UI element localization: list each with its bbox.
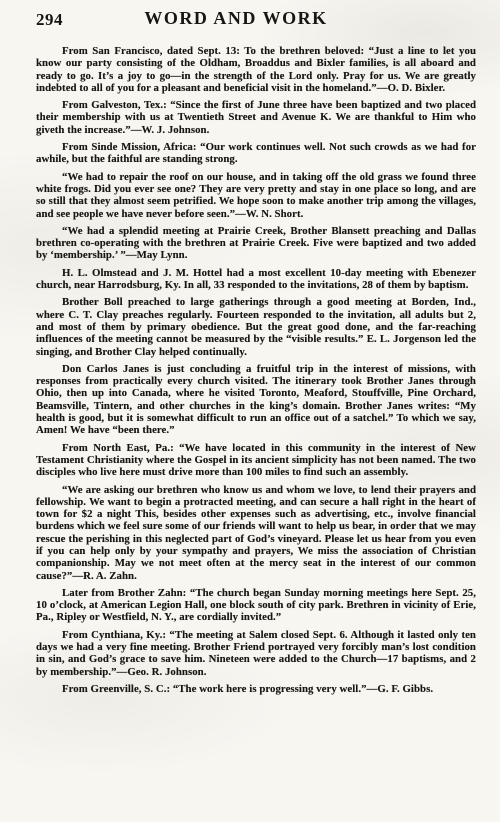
- paragraph-olmstead-hottel: H. L. Olmstead and J. M. Hottel had a mo…: [36, 267, 476, 292]
- paragraph-sinde-mission: From Sinde Mission, Africa: “Our work co…: [36, 141, 476, 166]
- paragraph-galveston: From Galveston, Tex.: “Since the first o…: [36, 99, 476, 136]
- page-title: WORD AND WORK: [36, 8, 436, 29]
- scanned-page: 294 WORD AND WORK From San Francisco, da…: [0, 0, 500, 822]
- paragraph-greenville: From Greenville, S. C.: “The work here i…: [36, 683, 476, 695]
- paragraph-white-frogs: “We had to repair the roof on our house,…: [36, 171, 476, 220]
- paragraph-brother-boll: Brother Boll preached to large gathering…: [36, 296, 476, 357]
- paragraph-brother-zahn: Later from Brother Zahn: “The church beg…: [36, 587, 476, 624]
- paragraph-san-francisco: From San Francisco, dated Sept. 13: To t…: [36, 45, 476, 94]
- paragraph-don-carlos-janes: Don Carlos Janes is just concluding a fr…: [36, 363, 476, 437]
- page-header: 294 WORD AND WORK: [36, 8, 476, 32]
- page-body: From San Francisco, dated Sept. 13: To t…: [36, 45, 476, 695]
- paragraph-cynthiana: From Cynthiana, Ky.: “The meeting at Sal…: [36, 629, 476, 678]
- paragraph-prairie-creek: “We had a splendid meeting at Prairie Cr…: [36, 225, 476, 262]
- paragraph-protracted-meeting: “We are asking our brethren who know us …: [36, 484, 476, 582]
- paragraph-north-east-pa: From North East, Pa.: “We have located i…: [36, 442, 476, 479]
